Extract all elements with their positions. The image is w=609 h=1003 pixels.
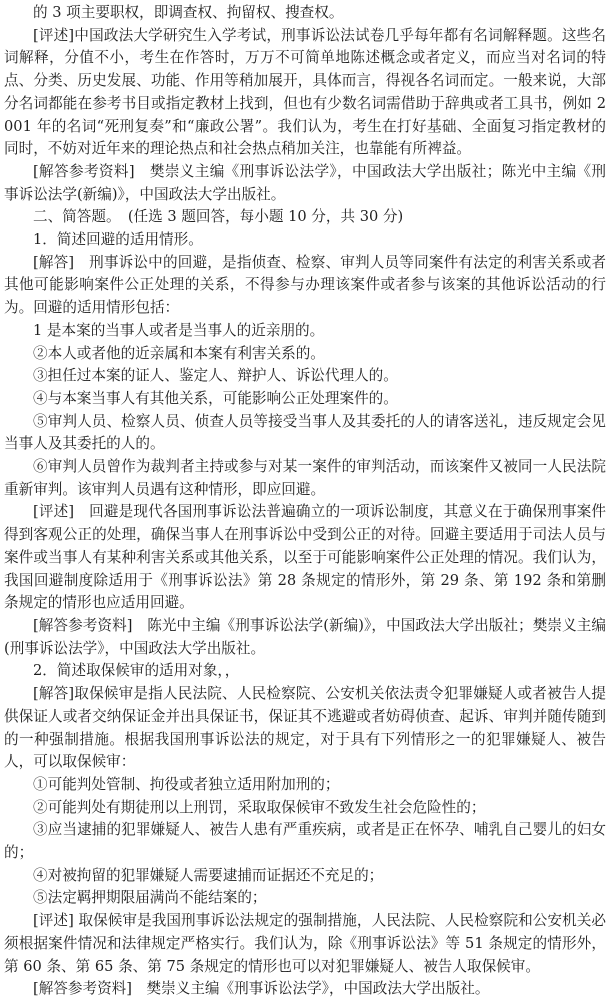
paragraph-text: 中国政法大学研究生入学考试，刑事诉讼法试卷几乎每年都有名词解释题。这些名词解释，… (4, 27, 606, 158)
question-2-title: 2．简述取保候审的适用对象，， (4, 660, 606, 683)
answer-tag: [解答] (33, 254, 74, 271)
commentary-tag: [评述] (33, 912, 74, 929)
list-item-text: ⑤审判人员、检察人员、侦查人员等接受当事人及其委托的人的请客送礼，违反规定会见当… (4, 413, 606, 453)
question-text: 2．简述取保候审的适用对象，， (33, 662, 239, 679)
paragraph-text: 樊崇义主编《刑事诉讼法学》，中国政法大学出版社。 (132, 980, 490, 997)
list-item-recusal-2: ②本人或者他的近亲属和本案有利害关系的。 (4, 343, 606, 366)
commentary-tag: [评述] (33, 503, 74, 520)
commentary-tag: [评述] (33, 27, 74, 44)
list-item-bail-3: ③应当逮捕的犯罪嫌疑人、被告人患有严重疾病，或者是正在怀孕、哺乳自己婴儿的妇女的… (4, 819, 606, 864)
paragraph-text: 回避是现代各国刑事诉讼法普遍确立的一项诉讼制度，其意义在于确保刑事案件得到客观公… (4, 503, 606, 611)
paragraph-commentary-recusal: [评述] 回避是现代各国刑事诉讼法普遍确立的一项诉讼制度，其意义在于确保刑事案件… (4, 501, 606, 615)
heading-text: 二、简答题。 (任选 3 题回答，每小题 10 分，共 30 分) (33, 208, 403, 225)
list-item-bail-5: ⑤法定羁押期限届满尚不能结案的； (4, 887, 606, 910)
list-item-text: ②可能判处有期徒刑以上刑罚，采取取保候审不致发生社会危险性的； (33, 799, 485, 816)
list-item-text: ②本人或者他的近亲属和本案有利害关系的。 (33, 345, 325, 362)
paragraph-text: 取保候审是我国刑事诉讼法规定的强制措施，人民法院、人民检察院和公安机关必须根据案… (4, 912, 606, 974)
list-item-text: ④与本案当事人有其他关系，可能影响公正处理案件的。 (33, 390, 398, 407)
paragraph-answer-recusal: [解答] 刑事诉讼中的回避，是指侦查、检察、审判人员等同案件有法定的利害关系或者… (4, 252, 606, 320)
list-item-recusal-4: ④与本案当事人有其他关系，可能影响公正处理案件的。 (4, 388, 606, 411)
paragraph-references-2: [解答参考资料] 陈光中主编《刑事诉讼法学(新编)》，中国政法大学出版社；樊崇义… (4, 615, 606, 660)
list-item-recusal-6: ⑥审判人员曾作为裁判者主持或参与对某一案件的审判活动，而该案件又被同一人民法院重… (4, 456, 606, 501)
paragraph-text: 的 3 项主要职权，即调查权、拘留权、搜查权。 (33, 4, 343, 21)
paragraph-text: 刑事诉讼中的回避，是指侦查、检察、审判人员等同案件有法定的利害关系或者其他可能影… (4, 254, 606, 316)
list-item-text: ③担任过本案的证人、鉴定人、辩护人、诉讼代理人的。 (33, 367, 398, 384)
list-item-text: ⑤法定羁押期限届满尚不能结案的； (33, 889, 267, 906)
list-item-text: ③应当逮捕的犯罪嫌疑人、被告人患有严重疾病，或者是正在怀孕、哺乳自己婴儿的妇女的… (4, 821, 606, 861)
list-item-bail-4: ④对被拘留的犯罪嫌疑人需要逮捕而证据还不充足的； (4, 865, 606, 888)
paragraph-references-1: [解答参考资料] 樊崇义主编《刑事诉讼法学》，中国政法大学出版社；陈光中主编《刑… (4, 161, 606, 206)
list-item-recusal-1: 1 是本案的当事人或者是当事人的近亲朋的。 (4, 320, 606, 343)
paragraph-commentary-bail: [评述] 取保候审是我国刑事诉讼法规定的强制措施，人民法院、人民检察院和公安机关… (4, 910, 606, 978)
list-item-bail-2: ②可能判处有期徒刑以上刑罚，采取取保候审不致发生社会危险性的； (4, 797, 606, 820)
list-item-text: ①可能判处管制、拘役或者独立适用附加刑的； (33, 776, 339, 793)
list-item-recusal-3: ③担任过本案的证人、鉴定人、辩护人、诉讼代理人的。 (4, 365, 606, 388)
paragraph-text: 取保候审是指人民法院、人民检察院、公安机关依法责令犯罪嫌疑人或者被告人提供保证人… (4, 685, 606, 770)
question-1-title: 1．简述回避的适用情形。 (4, 229, 606, 252)
paragraph-commentary-terms: [评述]中国政法大学研究生入学考试，刑事诉讼法试卷几乎每年都有名词解释题。这些名… (4, 25, 606, 161)
references-tag: [解答参考资料] (33, 163, 135, 180)
list-item-text: 1 是本案的当事人或者是当事人的近亲朋的。 (33, 322, 324, 339)
answer-tag: [解答] (33, 685, 74, 702)
list-item-bail-1: ①可能判处管制、拘役或者独立适用附加刑的； (4, 774, 606, 797)
paragraph-references-3: [解答参考资料] 樊崇义主编《刑事诉讼法学》，中国政法大学出版社。 (4, 978, 606, 1001)
list-item-text: ④对被拘留的犯罪嫌疑人需要逮捕而证据还不充足的； (33, 867, 383, 884)
paragraph-powers-summary: 的 3 项主要职权，即调查权、拘留权、搜查权。 (4, 2, 606, 25)
document-page: 的 3 项主要职权，即调查权、拘留权、搜查权。 [评述]中国政法大学研究生入学考… (4, 2, 606, 1001)
list-item-recusal-5: ⑤审判人员、检察人员、侦查人员等接受当事人及其委托的人的请客送礼，违反规定会见当… (4, 411, 606, 456)
references-tag: [解答参考资料] (33, 980, 132, 997)
references-tag: [解答参考资料] (33, 617, 132, 634)
paragraph-answer-bail: [解答]取保候审是指人民法院、人民检察院、公安机关依法责令犯罪嫌疑人或者被告人提… (4, 683, 606, 774)
section-heading-short-answer: 二、简答题。 (任选 3 题回答，每小题 10 分，共 30 分) (4, 206, 606, 229)
question-text: 1．简述回避的适用情形。 (33, 231, 203, 248)
list-item-text: ⑥审判人员曾作为裁判者主持或参与对某一案件的审判活动，而该案件又被同一人民法院重… (4, 458, 606, 498)
